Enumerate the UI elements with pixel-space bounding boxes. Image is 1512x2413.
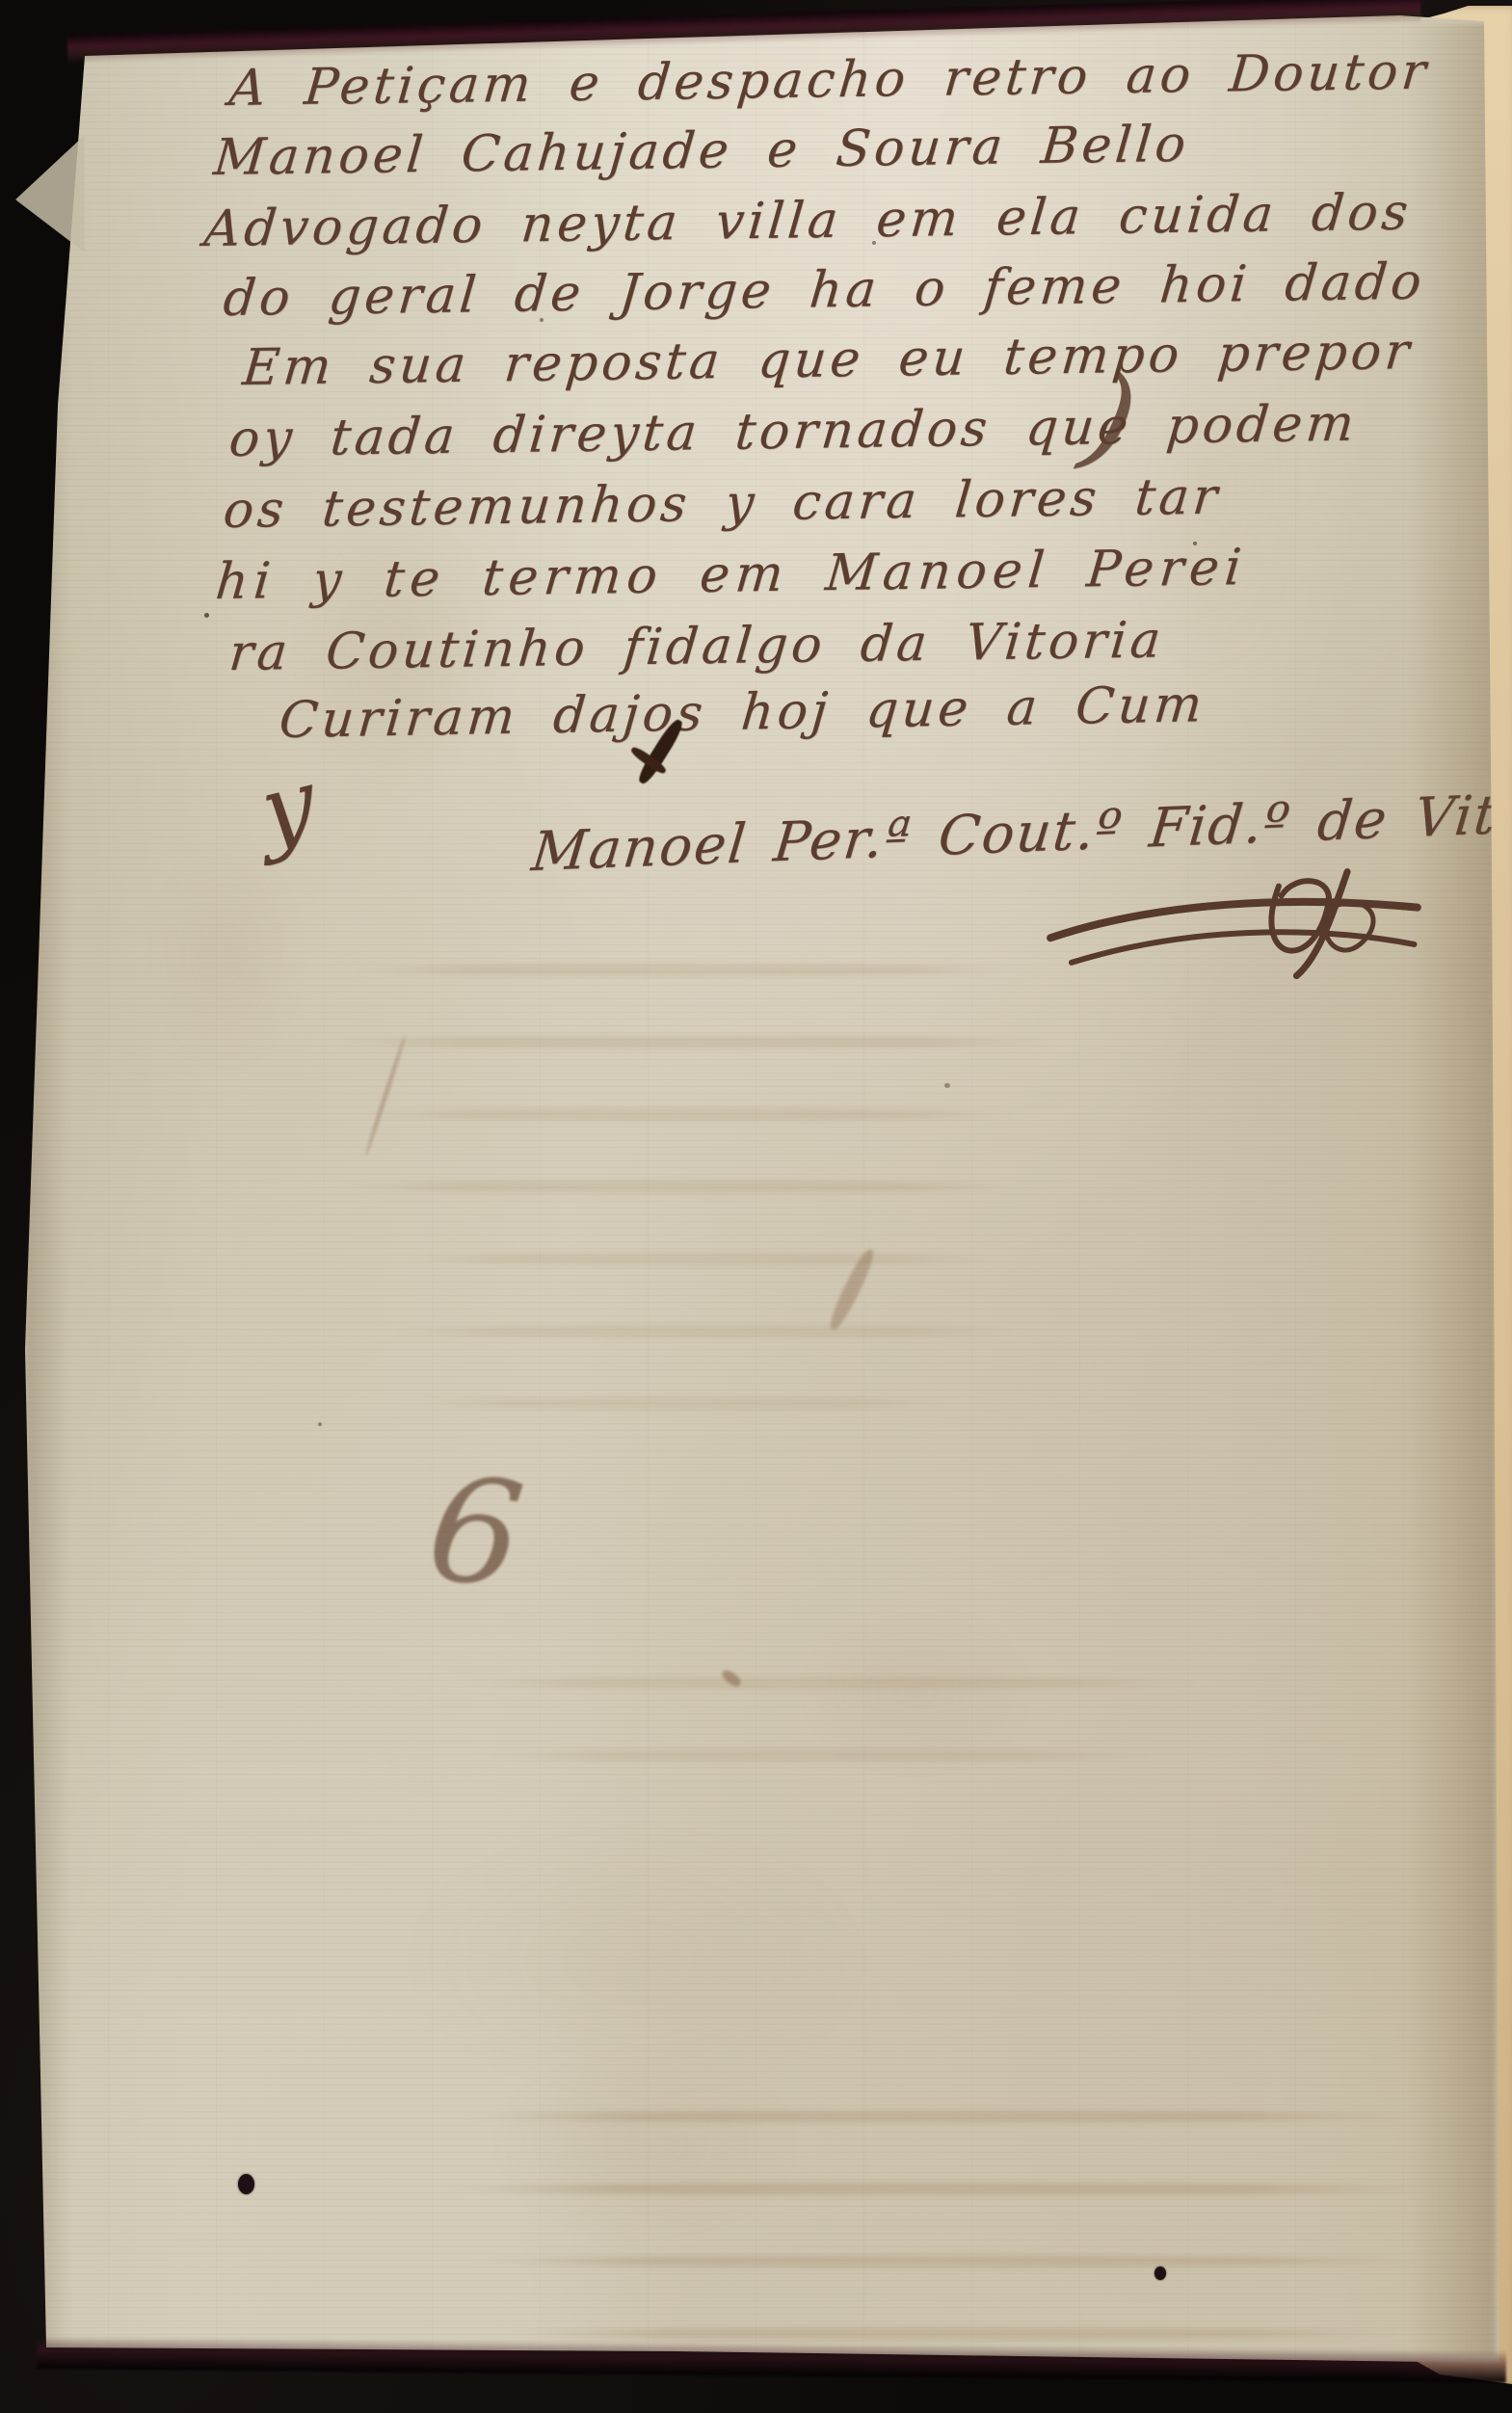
handwriting-line: Manoel Cahujade e Soura Bello	[211, 116, 1192, 187]
showthrough-ghost-line	[385, 1325, 1021, 1338]
showthrough-ghost-line	[434, 2183, 1436, 2195]
paper-right-shadow	[1409, 23, 1496, 2355]
stain	[145, 829, 308, 1079]
showthrough-ghost-line	[405, 1253, 1002, 1265]
document-photo: A Petiçam e despacho retro ao Doutor Man…	[0, 0, 1512, 2413]
paper-left-shadow	[25, 58, 69, 2347]
showthrough-ghost-line	[463, 2255, 1426, 2267]
showthrough-ghost-line	[414, 1397, 954, 1410]
paragraph-mark: y	[256, 747, 318, 868]
ink-speck	[204, 613, 209, 618]
showthrough-ghost-line	[501, 2327, 1407, 2340]
showthrough-ghost-line	[453, 2110, 1417, 2123]
showthrough-ghost-line	[482, 1749, 1156, 1762]
stain	[385, 1812, 887, 2110]
handwriting-line: Advogado neyta villa em ela cuida dos	[201, 183, 1414, 258]
showthrough-ghost-line	[328, 1036, 1060, 1048]
handwriting-line: A Petiçam e despacho retro ao Doutor	[226, 43, 1432, 118]
showthrough-ghost-line	[357, 1108, 1021, 1121]
showthrough-ghost-line	[453, 1677, 1205, 1689]
handwriting-line: ra Coutinho fidalgo da Vitoria	[226, 611, 1166, 682]
ink-speck	[318, 1422, 322, 1426]
ink-speck	[944, 1083, 950, 1088]
ink-dot	[238, 2174, 254, 2194]
showthrough-ghost-line	[347, 964, 1021, 976]
showthrough-ghost-line	[337, 1180, 1031, 1193]
ink-streak	[364, 1036, 407, 1156]
marginal-numeral-six: 6	[419, 1445, 531, 1622]
ink-dot	[1154, 2267, 1166, 2280]
corner-fold	[15, 135, 85, 252]
signature-rubric-flourish	[1037, 859, 1429, 1001]
manuscript-page: A Petiçam e despacho retro ao Doutor Man…	[0, 0, 1512, 2413]
